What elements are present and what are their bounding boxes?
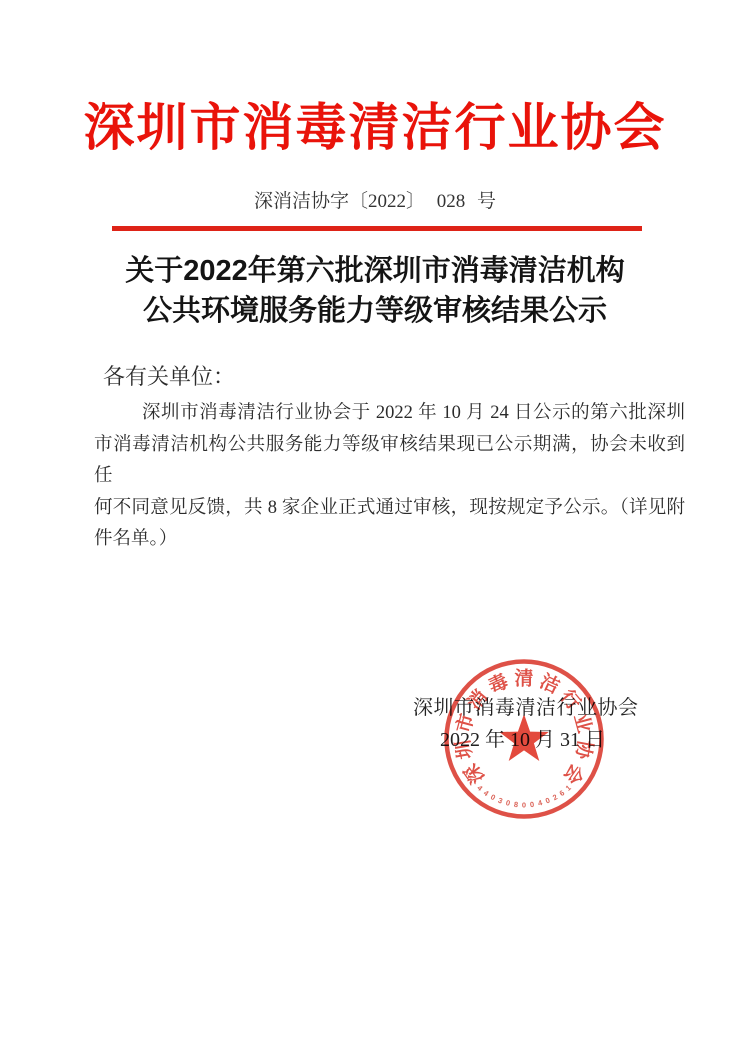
svg-text:洁: 洁 <box>536 669 563 698</box>
svg-text:3: 3 <box>497 796 504 806</box>
svg-text:协: 协 <box>571 738 597 762</box>
doc-title: 关于2022年第六批深圳市消毒清洁机构 公共环境服务能力等级审核结果公示 <box>0 251 750 331</box>
svg-text:清: 清 <box>514 667 533 690</box>
svg-text:0: 0 <box>529 800 534 809</box>
svg-text:4: 4 <box>537 798 544 808</box>
doc-number: 深消洁协字〔2022〕 028 号 <box>0 190 750 214</box>
org-title: 深圳市消毒清洁行业协会 <box>0 98 750 158</box>
svg-text:0: 0 <box>544 796 551 806</box>
svg-text:毒: 毒 <box>485 669 512 698</box>
official-seal: 深圳市消毒清洁行业协会 4403080040261 <box>434 649 614 829</box>
svg-text:2: 2 <box>551 792 559 802</box>
svg-text:1: 1 <box>564 783 573 792</box>
body-line: 深圳市消毒清洁行业协会于 2022 年 10 月 24 日公示的第六批深圳 <box>94 398 685 430</box>
salutation: 各有关单位： <box>103 364 235 390</box>
seal-number: 4403080040261 <box>475 783 573 809</box>
body-line: 何不同意见反馈，共 8 家企业正式通过审核，现按规定予公示。（详见附 <box>94 493 685 525</box>
svg-text:业: 业 <box>569 711 595 735</box>
body-line: 市消毒清洁机构公共服务能力等级审核结果现已公示期满，协会未收到任 <box>94 430 685 493</box>
document-page: 深圳市消毒清洁行业协会 深消洁协字〔2022〕 028 号 关于2022年第六批… <box>0 0 750 1060</box>
svg-text:4: 4 <box>482 788 491 798</box>
svg-text:8: 8 <box>513 800 518 809</box>
star-icon <box>499 714 548 761</box>
svg-text:0: 0 <box>489 792 497 802</box>
svg-text:6: 6 <box>558 788 567 798</box>
red-rule-divider <box>112 226 642 231</box>
svg-text:市: 市 <box>451 711 478 735</box>
body-paragraph: 深圳市消毒清洁行业协会于 2022 年 10 月 24 日公示的第六批深圳 市消… <box>94 398 685 556</box>
svg-text:0: 0 <box>522 801 526 810</box>
doc-title-line1: 关于2022年第六批深圳市消毒清洁机构 <box>0 251 750 291</box>
svg-text:0: 0 <box>505 798 511 808</box>
svg-text:圳: 圳 <box>452 738 477 761</box>
body-line: 件名单。） <box>94 524 685 556</box>
svg-text:深: 深 <box>460 760 489 788</box>
doc-title-line2: 公共环境服务能力等级审核结果公示 <box>0 291 750 331</box>
